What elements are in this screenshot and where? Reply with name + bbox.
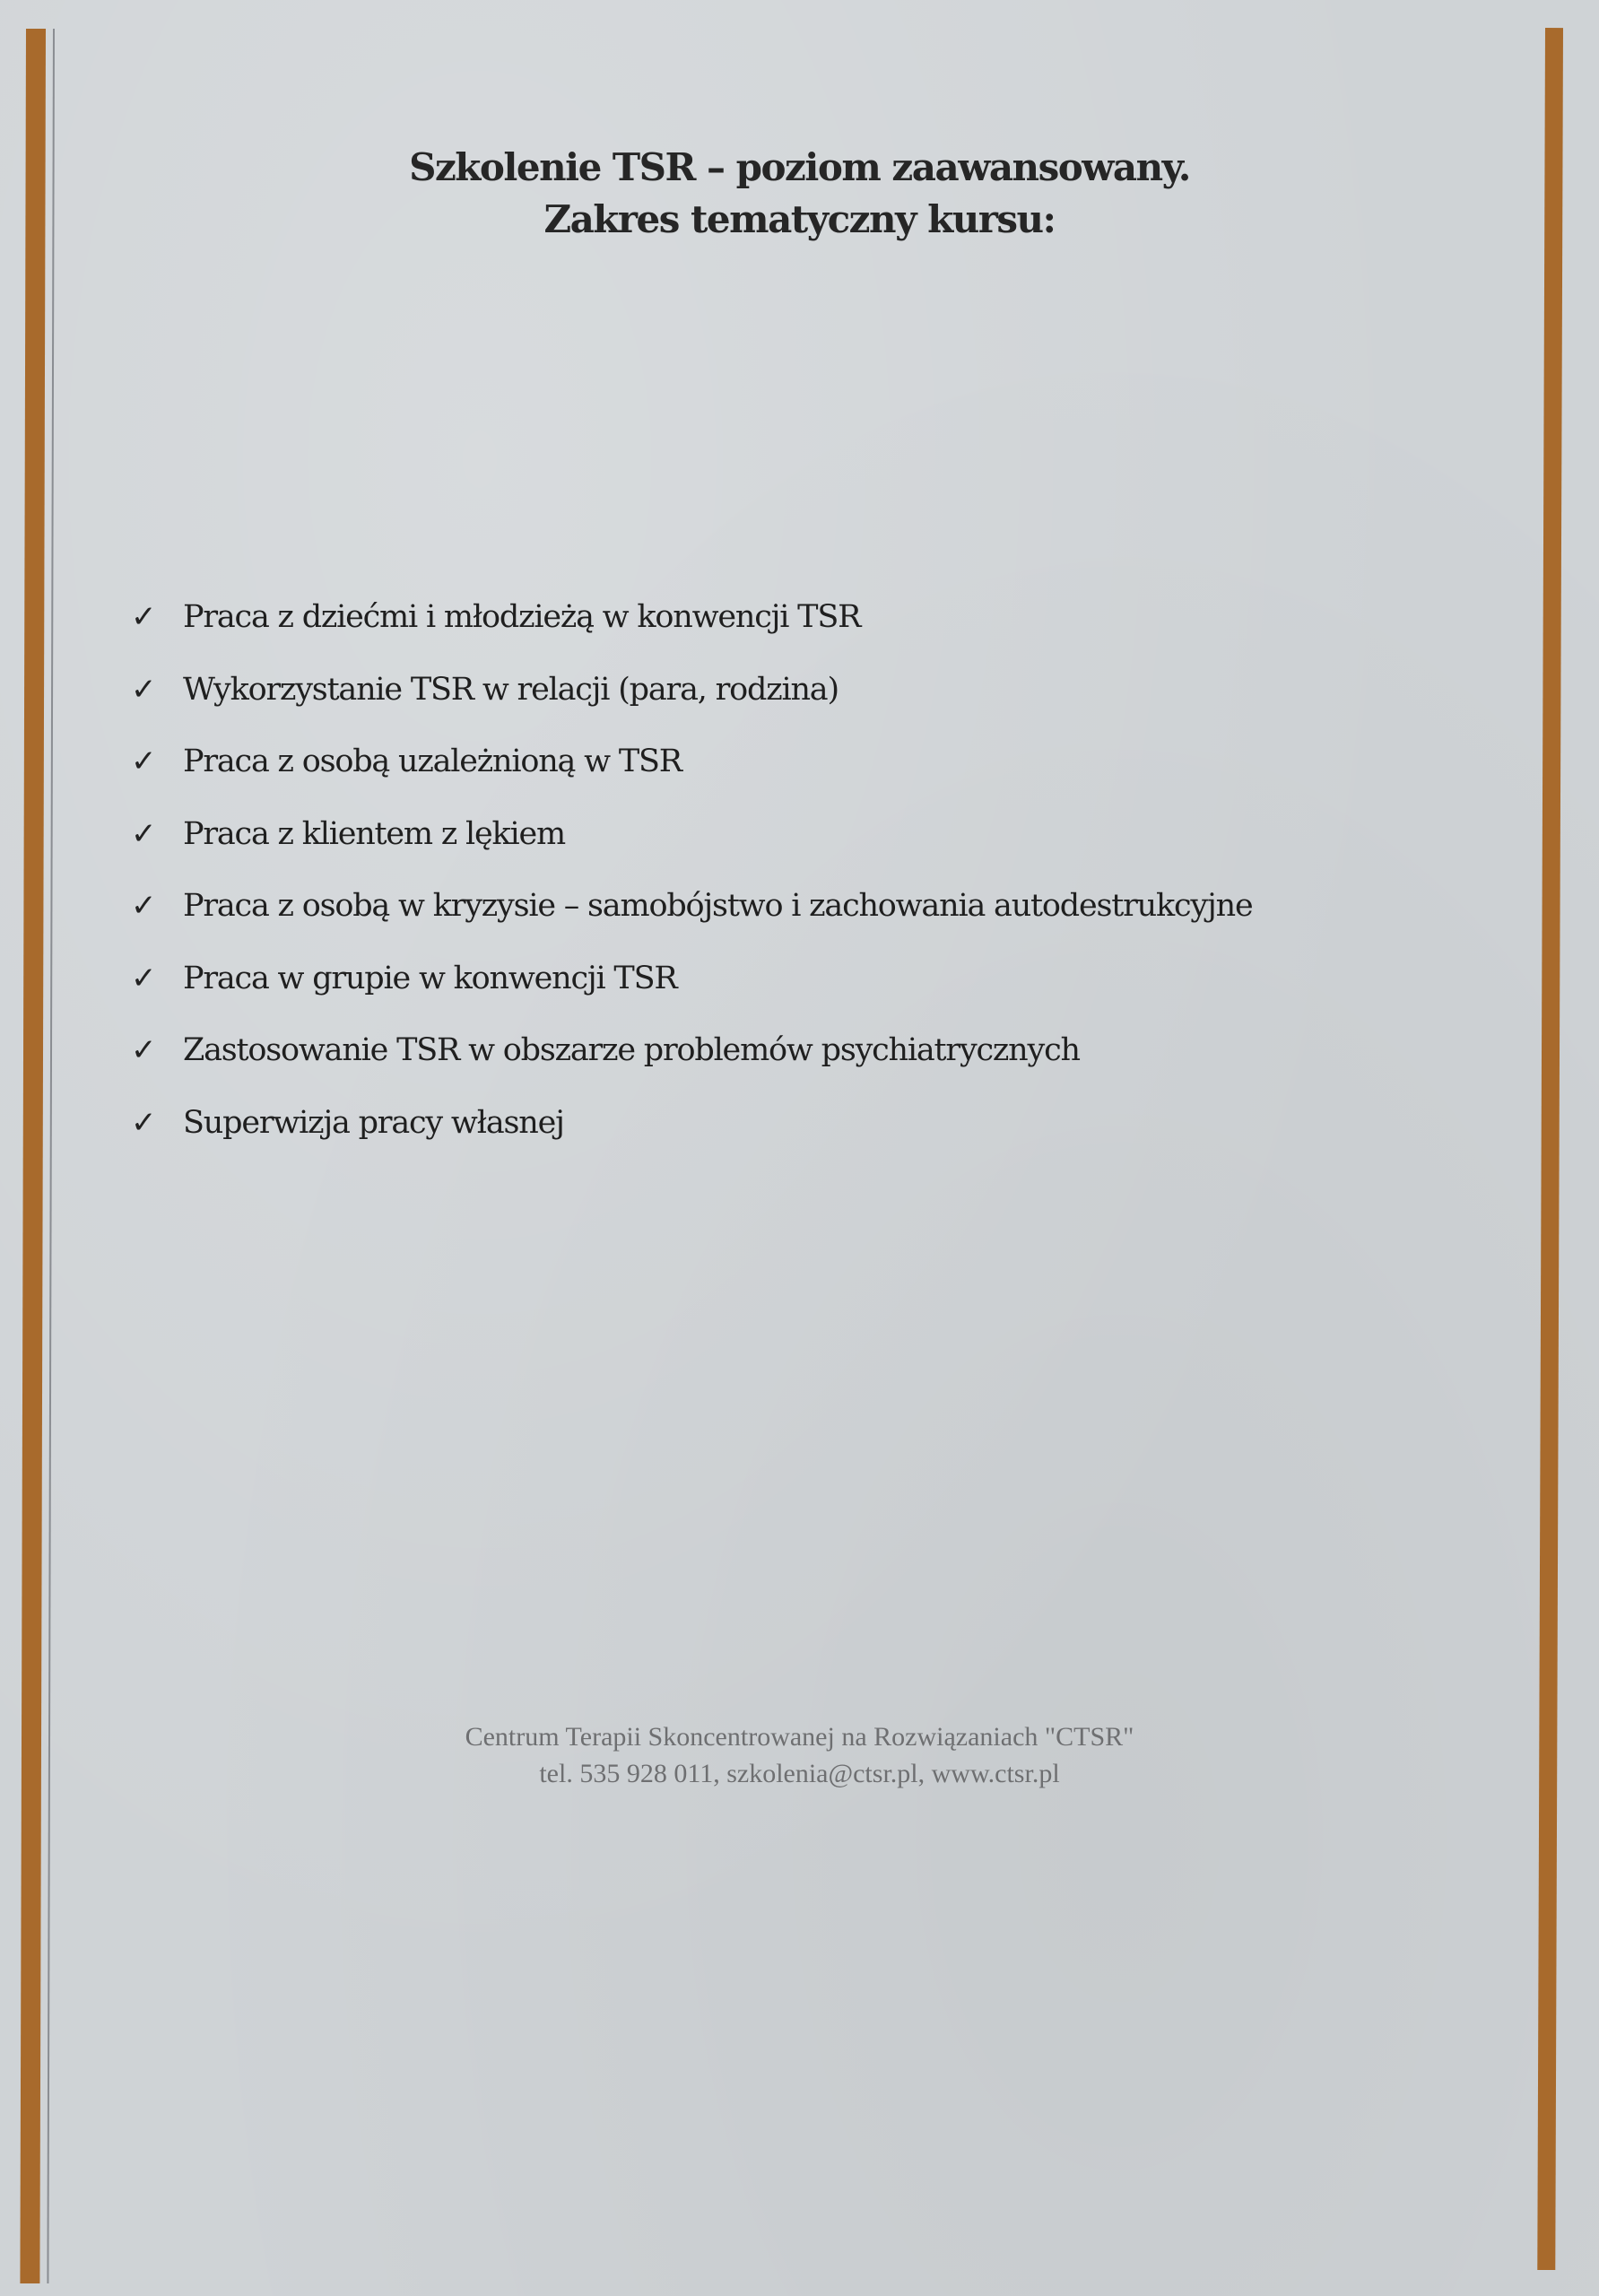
list-item: ✓ Superwizja pracy własnej [131,1105,1252,1178]
left-border-bar [20,29,46,2283]
checkmark-icon: ✓ [131,1032,183,1068]
list-item: ✓ Praca z osobą uzależnioną w TSR [131,744,1252,816]
checkmark-icon: ✓ [131,888,183,924]
contact-info: tel. 535 928 011, szkolenia@ctsr.pl, www… [0,1755,1599,1792]
title-line-2: Zakres tematyczny kursu: [0,194,1599,246]
list-item: ✓ Zastosowanie TSR w obszarze problemów … [131,1032,1252,1105]
checkmark-icon: ✓ [131,672,183,708]
checkmark-icon: ✓ [131,599,183,635]
topic-label: Praca z osobą uzależnioną w TSR [183,744,682,779]
right-border-bar [1537,28,1563,2270]
list-item: ✓ Praca z klientem z lękiem [131,816,1252,889]
topic-label: Praca z klientem z lękiem [183,816,565,852]
checkmark-icon: ✓ [131,1105,183,1141]
left-border-rule [47,29,55,2283]
topic-label: Praca z dziećmi i młodzieżą w konwencji … [183,599,860,635]
topic-label: Wykorzystanie TSR w relacji (para, rodzi… [183,672,839,708]
list-item: ✓ Praca w grupie w konwencji TSR [131,961,1252,1033]
list-item: ✓ Praca z osobą w kryzysie – samobójstwo… [131,888,1252,961]
organization-footer: Centrum Terapii Skoncentrowanej na Rozwi… [0,1718,1599,1792]
topic-list: ✓ Praca z dziećmi i młodzieżą w konwencj… [131,599,1252,1177]
organization-name: Centrum Terapii Skoncentrowanej na Rozwi… [0,1718,1599,1755]
topic-label: Superwizja pracy własnej [183,1105,564,1141]
topic-label: Zastosowanie TSR w obszarze problemów ps… [183,1032,1080,1068]
title-line-1: Szkolenie TSR – poziom zaawansowany. [0,142,1599,194]
document-title: Szkolenie TSR – poziom zaawansowany. Zak… [0,142,1599,246]
list-item: ✓ Wykorzystanie TSR w relacji (para, rod… [131,672,1252,744]
list-item: ✓ Praca z dziećmi i młodzieżą w konwencj… [131,599,1252,672]
checkmark-icon: ✓ [131,961,183,996]
topic-label: Praca z osobą w kryzysie – samobójstwo i… [183,888,1252,924]
topic-label: Praca w grupie w konwencji TSR [183,961,677,996]
checkmark-icon: ✓ [131,816,183,852]
checkmark-icon: ✓ [131,744,183,779]
document-page: Szkolenie TSR – poziom zaawansowany. Zak… [0,0,1599,2296]
